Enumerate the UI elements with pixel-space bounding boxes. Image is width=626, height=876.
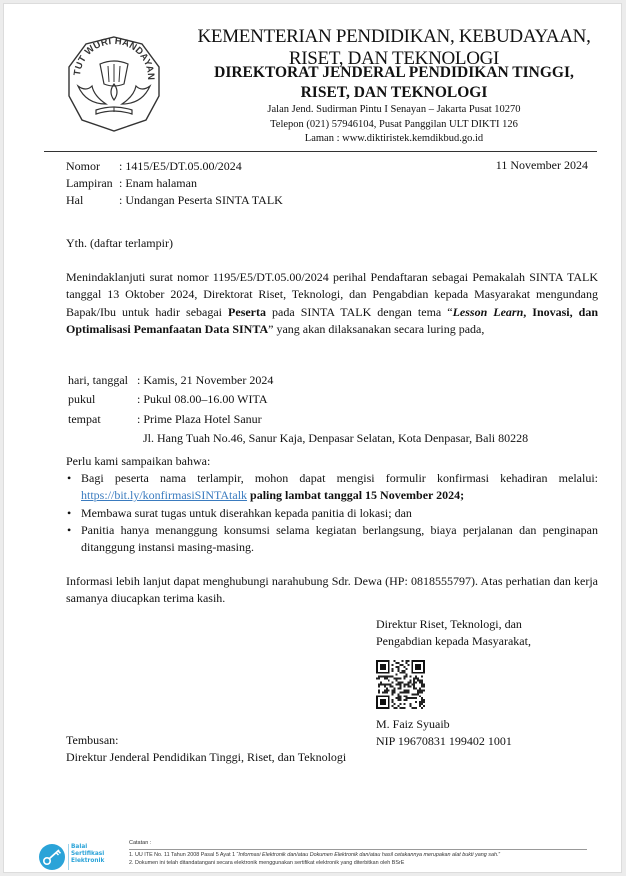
event-value: Jl. Hang Tuah No.46, Sanur Kaja, Denpasa…: [137, 430, 528, 447]
catatan-label: Catatan :: [129, 840, 151, 846]
signatory-title-line-2: Pengabdian kepada Masyarakat,: [376, 633, 531, 650]
directorate-name: DIREKTORAT JENDERAL PENDIDIKAN TINGGI, R…: [174, 63, 614, 103]
tembusan: Tembusan: Direktur Jenderal Pendidikan T…: [66, 732, 346, 767]
catatan-note-2: 2. Dokumen ini telah ditandatangani seca…: [129, 860, 500, 868]
letterhead-website: Laman : www.diktiristek.kemdikbud.go.id: [174, 132, 614, 147]
letterhead-divider: [44, 151, 597, 152]
catatan-divider: [129, 849, 587, 850]
event-row: pukul: Pukul 08.00–16.00 WITA: [68, 391, 528, 408]
nomor-value: : 1415/E5/DT.05.00/2024: [119, 158, 283, 175]
event-details: hari, tanggal: Kamis, 21 November 2024pu…: [66, 370, 530, 449]
directorate-line-2: RISET, DAN TEKNOLOGI: [174, 83, 614, 103]
tembusan-recipient: Direktur Jenderal Pendidikan Tinggi, Ris…: [66, 749, 346, 766]
bsre-divider: [68, 844, 69, 870]
event-value: : Prime Plaza Hotel Sanur: [137, 411, 528, 428]
bsre-line-3: Elektronik: [71, 858, 104, 865]
opening-text-end: yang akan dilaksanakan secara luring pad…: [273, 322, 484, 336]
ministry-line-1: KEMENTERIAN PENDIDIKAN, KEBUDAYAAN,: [174, 26, 614, 48]
signature-qr-code-icon: [376, 660, 425, 709]
letter-meta: Nomor : 1415/E5/DT.05.00/2024 Lampiran :…: [66, 158, 283, 209]
event-label: pukul: [68, 391, 135, 408]
note-item: Bagi peserta nama terlampir, mohon dapat…: [66, 470, 598, 505]
event-value: : Kamis, 21 November 2024: [137, 372, 528, 389]
event-row: Jl. Hang Tuah No.46, Sanur Kaja, Denpasa…: [68, 430, 528, 447]
letterhead-contact: Jalan Jend. Sudirman Pintu I Senayan – J…: [174, 103, 614, 147]
event-label: [68, 430, 135, 447]
tembusan-label: Tembusan:: [66, 732, 346, 749]
signatory-nip: NIP 19670831 199402 1001: [376, 733, 512, 750]
hal-label: Hal: [66, 192, 119, 209]
meta-row-lampiran: Lampiran : Enam halaman: [66, 175, 283, 192]
salutation: Yth. (daftar terlampir): [66, 236, 173, 251]
confirmation-link[interactable]: https://bit.ly/konfirmasiSINTAtalk: [81, 488, 247, 502]
participant-role: Peserta: [228, 305, 266, 319]
notes-list: Bagi peserta nama terlampir, mohon dapat…: [66, 470, 598, 556]
lampiran-label: Lampiran: [66, 175, 119, 192]
bsre-logo-icon: [37, 842, 67, 872]
bsre-wordmark: Balai Sertifikasi Elektronik: [71, 844, 104, 865]
event-label: hari, tanggal: [68, 372, 135, 389]
closing-paragraph: Informasi lebih lanjut dapat menghubungi…: [66, 573, 598, 608]
signatory-title-line-1: Direktur Riset, Teknologi, dan: [376, 616, 531, 633]
svg-text:TUT WURI HANDAYANI: TUT WURI HANDAYANI: [64, 34, 156, 80]
nomor-label: Nomor: [66, 158, 119, 175]
note-1-text: Bagi peserta nama terlampir, mohon dapat…: [81, 471, 598, 485]
opening-text-2: pada SINTA TALK dengan tema: [266, 305, 447, 319]
letterhead-phone: Telepon (021) 57946104, Pusat Panggilan …: [174, 118, 614, 133]
note-item: Membawa surat tugas untuk diserahkan kep…: [66, 505, 598, 522]
meta-row-hal: Hal : Undangan Peserta SINTA TALK: [66, 192, 283, 209]
note-1-suffix: ”: [498, 852, 500, 858]
letterhead-address: Jalan Jend. Sudirman Pintu I Senayan – J…: [174, 103, 614, 118]
bsre-line-2: Sertifikasi: [71, 851, 104, 858]
event-row: tempat: Prime Plaza Hotel Sanur: [68, 411, 528, 428]
event-value: : Pukul 08.00–16.00 WITA: [137, 391, 528, 408]
event-label: tempat: [68, 411, 135, 428]
theme-italic: Lesson Learn: [453, 305, 524, 319]
catatan-notes: 1. UU ITE No. 11 Tahun 2008 Pasal 5 Ayat…: [129, 852, 500, 867]
note-1-prefix: 1. UU ITE No. 11 Tahun 2008 Pasal 5 Ayat…: [129, 852, 238, 858]
deadline-text: paling lambat tanggal 15 November 2024;: [247, 488, 464, 502]
letter-page: TUT WURI HANDAYANI KEMENTERIAN PENDIDIKA…: [3, 3, 622, 873]
catatan-note-1: 1. UU ITE No. 11 Tahun 2008 Pasal 5 Ayat…: [129, 852, 500, 860]
opening-paragraph: Menindaklanjuti surat nomor 1195/E5/DT.0…: [66, 269, 598, 338]
notes-intro: Perlu kami sampaikan bahwa:: [66, 453, 598, 470]
directorate-line-1: DIREKTORAT JENDERAL PENDIDIKAN TINGGI,: [174, 63, 614, 83]
meta-row-nomor: Nomor : 1415/E5/DT.05.00/2024: [66, 158, 283, 175]
note-item: Panitia hanya menanggung konsumsi selama…: [66, 522, 598, 557]
signatory-title: Direktur Riset, Teknologi, dan Pengabdia…: [376, 616, 531, 651]
hal-value: : Undangan Peserta SINTA TALK: [119, 192, 283, 209]
signatory: M. Faiz Syuaib NIP 19670831 199402 1001: [376, 716, 512, 751]
lampiran-value: : Enam halaman: [119, 175, 283, 192]
event-row: hari, tanggal: Kamis, 21 November 2024: [68, 372, 528, 389]
tut-wuri-handayani-logo-icon: TUT WURI HANDAYANI: [64, 34, 164, 134]
signatory-name: M. Faiz Syuaib: [376, 716, 512, 733]
note-1-quote: Informasi Elektronik dan/atau Dokumen El…: [238, 852, 498, 858]
bsre-line-1: Balai: [71, 844, 104, 851]
letter-date: 11 November 2024: [496, 158, 588, 173]
